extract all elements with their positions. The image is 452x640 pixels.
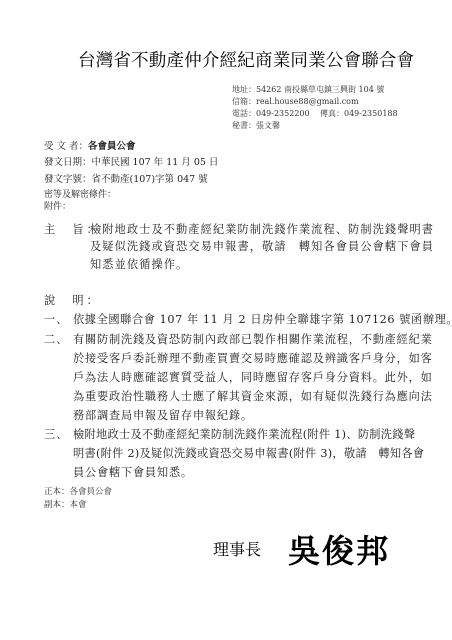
item-line: 為重要政治性職務人士應了解其資金來源，如有疑似洗錢行為應向法: [73, 388, 433, 404]
item-line: 有關防制洗錢及資恐防制內政部已製作相關作業流程，不動產經紀業: [73, 331, 433, 347]
item-marker: 三、: [44, 426, 69, 442]
subject-line: 檢附地政士及不動產經紀業防制洗錢作業流程、防制洗錢聲明書: [90, 221, 434, 237]
document-number: 發文字號：省不動產(107)字第 047 號: [44, 171, 208, 185]
secretary: 秘書：張文馨: [232, 120, 280, 132]
subject-line: 及疑似洗錢或資恐交易申報書，敬請 轉知各會員公會轄下會員: [90, 238, 434, 254]
item-line: 員公會轄下會員知悉。: [73, 464, 193, 480]
fax: 傳真：049-2350188: [320, 108, 398, 120]
item-line: 於接受客戶委託辦理不動產買賣交易時應確認及辨識客戶身分，如客: [73, 350, 433, 366]
subject-line: 知悉並依循操作。: [90, 256, 188, 272]
recipient-row: 受 文 者：各會員公會: [44, 138, 136, 152]
issue-date: 發文日期：中華民國 107 年 11 月 05 日: [44, 154, 218, 168]
explanation-label: 說 明：: [44, 292, 101, 308]
item-line: 依據全國聯合會 107 年 11 月 2 日房仲全聯雄字第 107126 號函辦…: [73, 311, 452, 327]
duplicate-copy: 副本：本會: [44, 498, 87, 510]
item-marker: 二、: [44, 331, 69, 347]
address: 地址：54262 南投縣草屯鎮三興街 104 號: [232, 84, 384, 96]
organization-title: 台灣省不動產仲介經紀商業同業公會聯合會: [78, 47, 414, 72]
email: 信箱：real.house88@gmail.com: [232, 96, 359, 108]
recipient-value: 各會員公會: [88, 141, 136, 152]
item-line: 戶為法人時應確認實質受益人，同時應留存客戶身分資料。此外，如: [73, 369, 433, 385]
item-line: 明書(附件 2)及疑似洗錢或資恐交易申報書(附件 3)，敬請 轉知各會: [73, 445, 424, 461]
attachments: 附件：: [44, 199, 71, 212]
item-line: 務部調查局申報及留存申報紀錄。: [73, 407, 253, 423]
phone: 電話：049-2352200: [232, 108, 310, 120]
item-line: 檢附地政士及不動產經紀業防制洗錢作業流程(附件 1)、防制洗錢聲: [73, 426, 415, 442]
signature-title: 理事長: [213, 537, 261, 560]
original-copy: 正本：各會員公會: [44, 485, 112, 497]
recipient-label: 受 文 者：: [44, 141, 88, 152]
item-marker: 一、: [44, 311, 69, 327]
signature-name: 吳俊邦: [288, 526, 390, 572]
